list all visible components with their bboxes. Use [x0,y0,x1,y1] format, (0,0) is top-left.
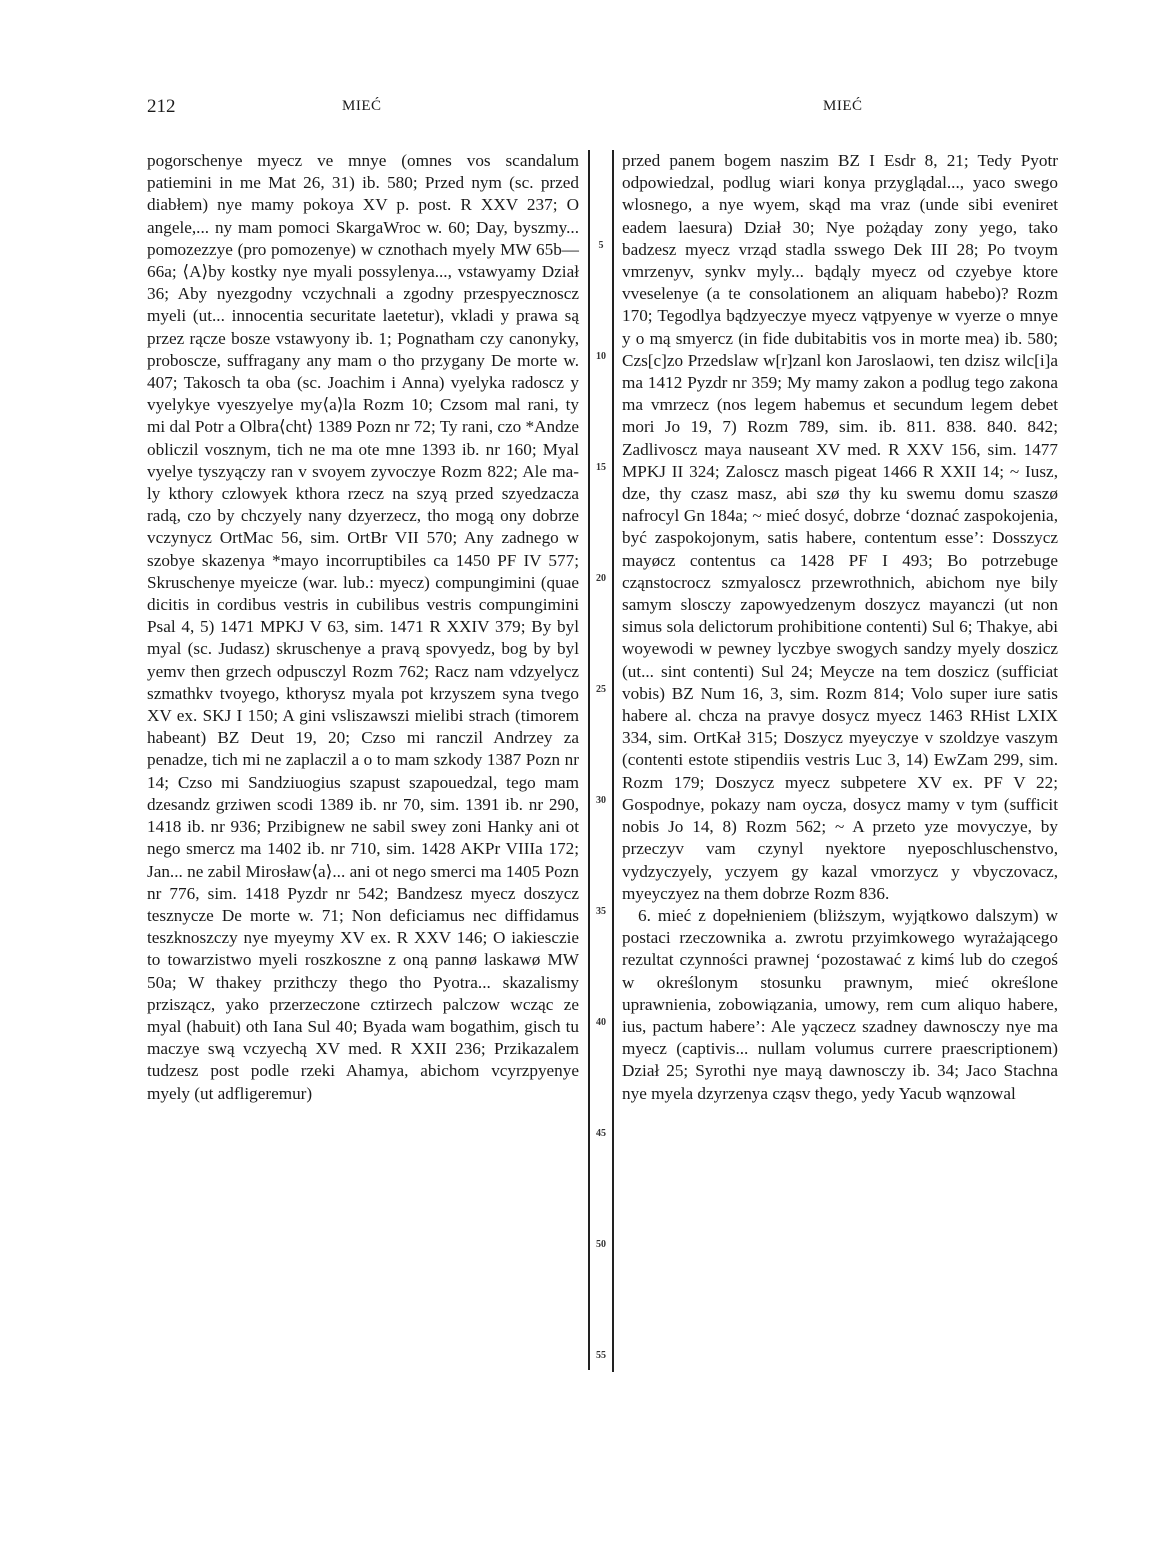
column-divider-right [612,150,614,1372]
line-number: 55 [591,1350,611,1361]
left-column-paragraph: pogorschenye myecz ve mnye (omnes vos sc… [147,150,579,1105]
line-number: 40 [591,1017,611,1028]
line-number: 45 [591,1128,611,1139]
sense-6-paragraph: 6. mieć z dopełnieniem (bliższym, wyjątk… [622,905,1058,1105]
running-head-left: MIEĆ [342,98,382,115]
running-head-right: MIEĆ [823,98,863,115]
line-number: 50 [591,1239,611,1250]
left-column: pogorschenye myecz ve mnye (omnes vos sc… [147,150,579,1105]
line-number: 20 [591,573,611,584]
column-divider-left [588,150,590,1370]
line-number: 15 [591,462,611,473]
line-number: 35 [591,906,611,917]
right-column: przed panem bogem naszim BZ I Esdr 8, 21… [622,150,1058,1105]
line-number: 25 [591,684,611,695]
line-number: 30 [591,795,611,806]
line-number: 5 [591,240,611,251]
right-column-paragraph: przed panem bogem naszim BZ I Esdr 8, 21… [622,150,1058,905]
line-number: 10 [591,351,611,362]
page-number: 212 [147,96,176,118]
